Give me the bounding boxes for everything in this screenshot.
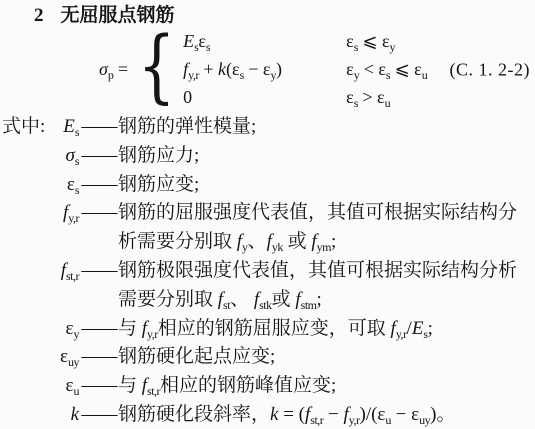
definition-dash: —— (79, 343, 118, 372)
definition-text: 钢筋的弹性模量; (118, 113, 535, 142)
symbol-definitions: 式中:Es——钢筋的弹性模量;σs——钢筋应力;εs——钢筋应变;fy,r——钢… (0, 111, 535, 429)
section-heading: 2 无屈服点钢筋 (0, 0, 535, 28)
case-expression: fy,r + k(εs − εy) (183, 59, 346, 80)
definition-symbol: fy,r (42, 199, 79, 228)
definition-dash: —— (79, 372, 118, 401)
definition-dash: —— (79, 113, 118, 142)
equation-number: (C. 1. 2-2) (450, 59, 531, 80)
definition-row: 式中:Es——钢筋的弹性模量; (2, 113, 535, 142)
definition-text: 钢筋硬化段斜率，k = (fst,r − fy,r)/(εu − εuy)。 (118, 401, 535, 429)
equation-case-row: 0εs > εu (183, 83, 427, 111)
document-page: 2 无屈服点钢筋 σp = { Esεsεs ⩽ εyfy,r + k(εs −… (0, 0, 535, 429)
definition-row: fy,r——钢筋的屈服强度代表值，其值可根据实际结构分 (2, 199, 535, 228)
definition-row: fst,r——钢筋极限强度代表值，其值可根据实际结构分析 (2, 257, 535, 286)
definition-symbol: k (42, 401, 79, 429)
definition-text: 与 fy,r相应的钢筋屈服应变，可取 fy,r/Es; (118, 315, 535, 344)
equation-case-row: fy,r + k(εs − εy)εy < εs ⩽ εu (183, 56, 427, 84)
case-condition: εs ⩽ εy (346, 31, 395, 52)
definition-text: 需要分别取 fst、 fstk或 fstm; (118, 286, 535, 315)
definition-text: 析需要分别取 fy、fyk 或 fym; (118, 228, 535, 257)
definition-row: 析需要分别取 fy、fyk 或 fym; (2, 228, 535, 257)
case-condition: εs > εu (346, 87, 390, 108)
case-condition: εy < εs ⩽ εu (346, 59, 427, 80)
definition-row: σs——钢筋应力; (2, 142, 535, 171)
definition-symbol: σs (42, 142, 79, 171)
definition-prefix: 式中: (2, 113, 42, 142)
cases-brace: { (138, 29, 176, 105)
definition-symbol: fst,r (42, 257, 79, 286)
definition-symbol: εs (42, 171, 79, 200)
definition-text: 钢筋应变; (118, 171, 535, 200)
definition-row: εs——钢筋应变; (2, 171, 535, 200)
definition-text: 与 fst,r相应的钢筋峰值应变; (118, 372, 535, 401)
definition-row: 需要分别取 fst、 fstk或 fstm; (2, 286, 535, 315)
definition-row: εuy——钢筋硬化起点应变; (2, 343, 535, 372)
definition-dash: —— (79, 199, 118, 228)
definition-symbol: εuy (42, 343, 79, 372)
definition-dash: —— (79, 401, 118, 429)
equation-block: σp = { Esεsεs ⩽ εyfy,r + k(εs − εy)εy < … (0, 28, 535, 111)
case-expression: Esεs (183, 31, 346, 52)
definition-symbol: Es (42, 113, 79, 142)
definition-row: εy——与 fy,r相应的钢筋屈服应变，可取 fy,r/Es; (2, 315, 535, 344)
definition-symbol: εu (42, 372, 79, 401)
definition-symbol: εy (42, 315, 79, 344)
equation-lhs: σp = (99, 59, 128, 80)
definition-dash: —— (79, 315, 118, 344)
equation-cases: Esεsεs ⩽ εyfy,r + k(εs − εy)εy < εs ⩽ εu… (183, 28, 427, 111)
definition-text: 钢筋的屈服强度代表值，其值可根据实际结构分 (118, 199, 535, 228)
definition-dash: —— (79, 142, 118, 171)
definition-text: 钢筋极限强度代表值，其值可根据实际结构分析 (118, 257, 535, 286)
definition-text: 钢筋应力; (118, 142, 535, 171)
definition-dash: —— (79, 171, 118, 200)
definition-row: k——钢筋硬化段斜率，k = (fst,r − fy,r)/(εu − εuy)… (2, 401, 535, 429)
definition-text: 钢筋硬化起点应变; (118, 343, 535, 372)
case-expression: 0 (183, 87, 346, 108)
definition-dash: —— (79, 257, 118, 286)
equation-case-row: Esεsεs ⩽ εy (183, 28, 427, 56)
definition-row: εu——与 fst,r相应的钢筋峰值应变; (2, 372, 535, 401)
section-number: 2 (34, 4, 44, 28)
